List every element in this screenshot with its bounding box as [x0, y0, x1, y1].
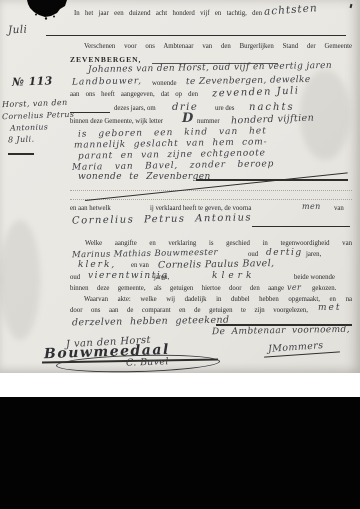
document-scan: № 113 Horst, van den Cornelius Petrus An…	[0, 0, 360, 373]
form-hetwelk: en aan hetwelk	[70, 206, 111, 213]
margin-dash	[8, 153, 34, 155]
form-gekozen: gekozen.	[312, 286, 336, 293]
margin-act-number: № 113	[12, 75, 53, 87]
entry-aangever-suffix: ver	[287, 284, 301, 292]
margin-date: 8 Juli.	[8, 136, 35, 145]
entry-witness2-occupation: klerk	[212, 272, 255, 281]
bleed-through-mark	[0, 220, 40, 340]
form-beide-wonende: beide wonende	[294, 275, 335, 282]
screenshot-root: № 113 Horst, van den Cornelius Petrus An…	[0, 0, 360, 509]
blank-line	[70, 199, 352, 200]
form-voorgelezen: door ons aan de comparant en de getuigen…	[70, 308, 308, 315]
entry-met: met	[318, 304, 341, 313]
form-oud-2: oud	[70, 275, 80, 282]
form-line-year: In het jaar een duizend acht honderd vij…	[74, 11, 262, 18]
entry-body-5: wonende te Zevenbergen	[78, 173, 211, 182]
entry-witness1-occupation: klerk,	[78, 261, 116, 270]
entry-mother-name: Maria van Bavel, zonder beroep	[72, 160, 274, 173]
form-ure-des: ure des	[215, 106, 234, 113]
form-welke-aangifte: Welke aangifte en verklaring is geschied…	[85, 241, 352, 248]
entry-witness1-age: dertig	[266, 249, 303, 258]
speck	[350, 4, 353, 8]
form-jaren-1: jaren,	[306, 252, 321, 259]
entry-birth-daypart: nachts	[249, 103, 295, 113]
ruled-line	[252, 226, 350, 227]
form-aangegeven: aan ons heeft aangegeven, dat op den	[70, 92, 198, 99]
official-title: De Ambtenaar voornoemd,	[212, 326, 350, 337]
form-wijk-letter: binnen deze Gemeente, wijk letter	[70, 119, 163, 126]
form-en-van: en van	[131, 263, 149, 270]
form-dezes-jaars: dezes jaars, om	[114, 106, 156, 113]
margin-given-names-1: Cornelius Petrus	[2, 111, 75, 121]
form-getuigen: binnen deze gemeente, als getuigen hiert…	[70, 286, 284, 293]
ruled-line	[70, 112, 110, 113]
form-jaren-2: jaren,	[154, 275, 169, 282]
ink-blot	[24, 0, 70, 22]
form-van: van	[334, 206, 344, 213]
form-line-verschenen: Verschenen voor ons Ambtenaar van den Bu…	[84, 44, 352, 51]
margin-given-names-2: Antonius	[10, 123, 48, 132]
blank-line	[70, 190, 352, 191]
entry-child-names: Cornelius Petrus Antonius	[72, 213, 252, 226]
ruled-line	[46, 35, 346, 36]
scan-background	[0, 397, 360, 509]
entry-witness2-name: Cornelis Paulus Bavel,	[158, 259, 275, 271]
form-gemeente-name: ZEVENBERGEN,	[70, 56, 141, 64]
form-wonende: wonende	[152, 81, 177, 88]
entry-act-day: achtsten	[264, 3, 318, 17]
entry-act-month: Juli	[8, 25, 28, 36]
entry-witness1-name: Marinus Mathias Bouwmeester	[72, 249, 218, 260]
form-waarvan-akte: Waarvan akte: welke wij dadelijk in dubb…	[84, 297, 352, 304]
entry-declarant-occupation: Landbouwer,	[72, 77, 142, 87]
entry-wijk-letter: D	[182, 112, 194, 125]
signature-witness2: C. Bavel	[126, 357, 169, 368]
entry-geteekend: derzelven hebben geteekend	[72, 316, 230, 328]
entry-declarant-name-age: Johannes van den Horst, oud vijf en veer…	[88, 62, 332, 75]
margin-surname: Horst, van den	[2, 99, 68, 109]
form-nummer: nummer	[197, 119, 220, 126]
entry-voornamen-suffix: men	[302, 203, 321, 211]
entry-birth-date: zevenden Juli	[212, 86, 300, 99]
